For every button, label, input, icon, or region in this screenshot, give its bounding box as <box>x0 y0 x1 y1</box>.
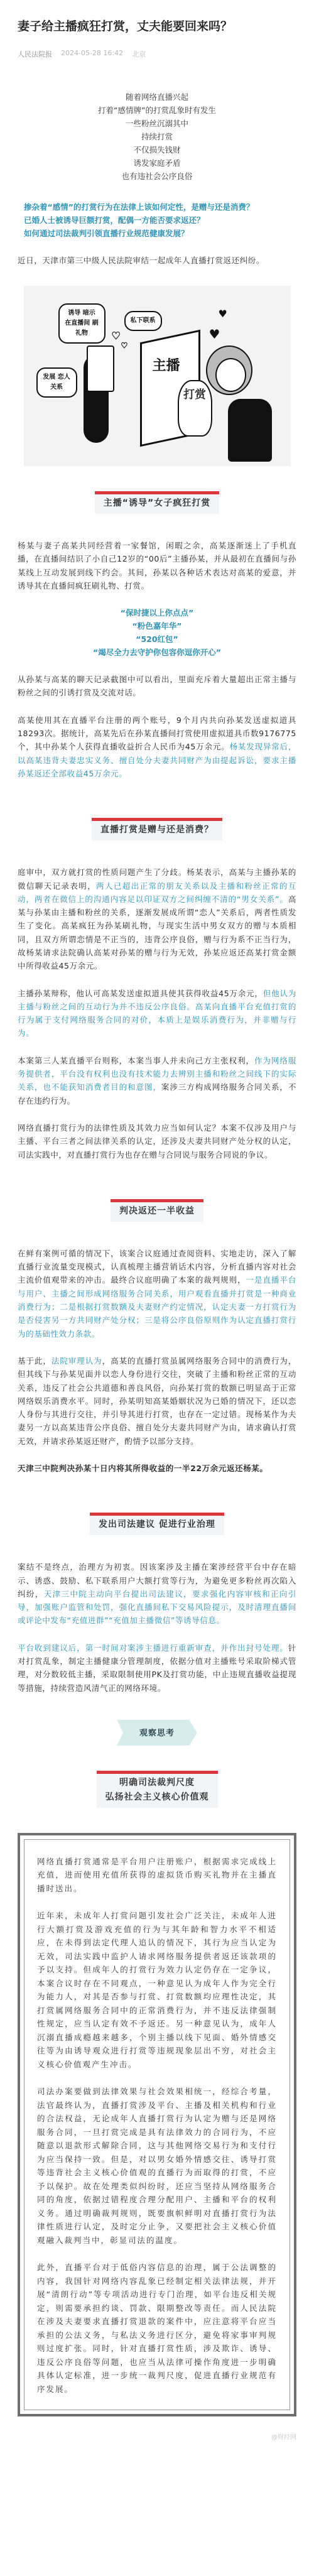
heart-outline-icon: ♥ <box>112 330 121 342</box>
section-heading: 主播“诱导”女子疯狂打赏 <box>95 491 219 514</box>
section-heading-text: 发出司法建议 促进行业治理 <box>90 1516 224 1535</box>
paragraph: 本案第三人某直播平台则称，本案当事人并未向己方主张权利，作为网络服务提供者，平台… <box>18 1054 296 1107</box>
section-heading: 直播打赏是赠与还是消费？ <box>92 818 222 840</box>
highlight-text: 法院审理认为 <box>51 1356 102 1366</box>
article-meta: 人民法院报 2024-05-28 16:42 北京 <box>18 49 296 59</box>
money-bag-graphic: 打赏 <box>178 380 212 437</box>
cartoon-illustration: 诱导 暗示 在直播间 刷礼物 私下联系 发展 恋人关系 主播 打赏 ♥ ♥ ♥ … <box>24 286 291 466</box>
weibo-watermark: @财经网 <box>18 2432 296 2441</box>
section-heading-text: 明确司法裁判尺度 <box>97 1774 218 1790</box>
commentary-frame: 网络直播打赏通常是平台用户注册账户，根据需求完成线上充值，进而使用充值所获得的虚… <box>18 1833 296 2417</box>
paragraph: 高某使用其在直播平台注册的两个账号，9个月内共向孙某发送虚拟道具18293次。据… <box>18 714 296 780</box>
monitor-label: 主播 <box>153 355 180 374</box>
article-page: 妻子给主播疯狂打赏，丈夫能要回来吗？ 人民法院报 2024-05-28 16:4… <box>0 0 314 2460</box>
heart-icon: ♥ <box>209 327 220 342</box>
intro-line: 打着“感情牌”的打赏乱象时有发生 <box>18 104 296 117</box>
question: 如何通过司法裁判引领直播行业规范健康发展？ <box>24 227 296 240</box>
question: 已婚人士被诱导巨额打赏，配偶一方能否要求返还？ <box>24 214 296 227</box>
article-location: 北京 <box>132 49 146 59</box>
section-heading: 判决返还一半收益 <box>111 1199 203 1222</box>
intro-line: 随着网络直播兴起 <box>18 90 296 104</box>
article-title: 妻子给主播疯狂打赏，丈夫能要回来吗？ <box>18 0 296 35</box>
section-heading-text: 主播“诱导”女子疯狂打赏 <box>95 494 219 514</box>
lead-paragraph: 近日，天津市第三中级人民法院审结一起成年人直播打赏返还纠纷。 <box>18 254 296 267</box>
paragraph: 从孙某与高某的聊天记录截图中可以看出，里面充斥着大量超出正常主播与粉丝之间的引诱… <box>18 673 296 700</box>
speech-bubble: 私下联系 <box>124 311 162 331</box>
quote: “竭尽全力去守护你包容你逗你开心” <box>18 646 296 659</box>
text: 本案第三人某直播平台则称，本案当事人并未向己方主张权利， <box>18 1056 254 1065</box>
text: 基于此， <box>18 1356 51 1366</box>
commentary-frame-inner: 网络直播打赏通常是平台用户注册账户，根据需求完成线上充值，进而使用充值所获得的虚… <box>24 1839 290 2411</box>
heart-icon: ♥ <box>219 308 227 320</box>
article-source[interactable]: 人民法院报 <box>18 49 52 59</box>
intro-line: 也有违社会公序良俗 <box>18 170 296 183</box>
quote: “保时捷以上你点点” <box>18 606 296 619</box>
section-heading-text: 直播打赏是赠与还是消费？ <box>92 821 222 840</box>
speech-bubble: 诱导 暗示 在直播间 刷礼物 <box>58 303 106 344</box>
highlight-text: 平台收到建议后，第一时间对案涉主播进行重新审查，并作出封号处理。 <box>18 1643 288 1653</box>
streamer-quotes: “保时捷以上你点点” “粉色嘉年华” “520红包” “竭尽全力去守护你包容你逗… <box>18 606 296 659</box>
question: 掺杂着“感情”的打赏行为在法律上该如何定性，是赠与还是消费？ <box>24 200 296 214</box>
section-heading-text: 判决返还一半收益 <box>111 1202 203 1222</box>
paragraph: 基于此，法院审理认为，高某的直播打赏虽属网络服务合同中的消费行为，但其线下与孙某… <box>18 1354 296 1448</box>
intro-line: 持续打赏 <box>18 130 296 143</box>
intro-line: 不仅损失钱财 <box>18 143 296 156</box>
section-heading: 明确司法裁判尺度 弘扬社会主义核心价值观 <box>97 1771 218 1808</box>
quote: “520红包” <box>18 633 296 646</box>
paragraph: 平台收到建议后，第一时间对案涉主播进行重新审查，并作出封号处理。针对打赏乱象，制… <box>18 1641 296 1695</box>
observation-badge: 观察思考 <box>117 1720 197 1746</box>
section-heading-text: 弘扬社会主义核心价值观 <box>97 1790 218 1808</box>
intro-lines: 随着网络直播兴起 打着“感情牌”的打赏乱象时有发生 一些粉丝沉溺其中 持续打赏 … <box>18 90 296 183</box>
commentary-paragraph: 司法办案要做到法律效果与社会效果相统一，经综合考量，法官最终认为，直播打赏涉及平… <box>37 2085 277 2247</box>
paragraph: 案结不是终点，治理方为初衷。因该案涉及主播在案涉经营平台中存在暗示、诱惑、鼓励、… <box>18 1560 296 1627</box>
section-heading: 发出司法建议 促进行业治理 <box>90 1513 224 1535</box>
key-questions: 掺杂着“感情”的打赏行为在法律上该如何定性，是赠与还是消费？ 已婚人士被诱导巨额… <box>18 200 296 240</box>
paragraph: 杨某与妻子高某共同经营着一家餐馆，闲暇之余，高某逐渐迷上了手机直播，在直播间结识… <box>18 539 296 592</box>
commentary-paragraph: 此外，直播平台对于低俗内容信息的治理，属于公法调整的内容，我国针对网络内容乱象已… <box>37 2261 277 2396</box>
heart-outline-icon: ♥ <box>121 341 128 350</box>
intro-line: 一些粉丝沉溺其中 <box>18 117 296 130</box>
observation-badge-wrap: 观察思考 <box>18 1720 296 1746</box>
commentary-paragraph: 网络直播打赏通常是平台用户注册账户，根据需求完成线上充值，进而使用充值所获得的虚… <box>37 1855 277 1896</box>
text: 主播孙某辩称，他认可高某发送虚拟道具使其获得收益45万余元， <box>18 989 263 998</box>
quote: “粉色嘉年华” <box>18 619 296 633</box>
text: 高某与孙某由主播和粉丝的关系，逐渐发展成所谓“恋人”关系后，两者性质发生了变化。… <box>18 894 296 970</box>
highlight-text: 一是直播平台与用户、主播之间形成网络服务合同关系，用户观看直播并打赏是一种商业消… <box>18 1275 296 1338</box>
paragraph: 在鲜有案例可循的情况下，该案合议庭通过查阅资料、实地走访，深入了解直播行业流量变… <box>18 1247 296 1340</box>
article-date: 2024-05-28 16:42 <box>61 49 123 59</box>
speech-bubble: 发展 恋人关系 <box>36 367 77 398</box>
text: ，高某的直播打赏虽属网络服务合同中的消费行为，但其线下与孙某见面并以恋人身份进行… <box>18 1356 296 1446</box>
phone-graphic <box>87 345 114 392</box>
highlight-text: 天津三中院主动向平台提出司法建议，要求强化内容审核和正向引导，加强账户监管和处罚… <box>18 1589 296 1626</box>
woman-face-graphic <box>215 358 246 392</box>
verdict-paragraph: 天津三中院判决孙某十日内将其所得收益的一半22万余元返还杨某。 <box>18 1462 296 1475</box>
paragraph: 网络直播打赏行为的法律性质及其效力应当如何认定？本案不仅涉及用户与主播、平台三者… <box>18 1121 296 1161</box>
intro-line: 诱发家庭矛盾 <box>18 156 296 170</box>
chair-graphic <box>228 399 272 462</box>
commentary-paragraph: 近年来，未成年人打赏问题引发社会广泛关注，未成年人进行大额打赏及游戏充值的行为与… <box>37 1909 277 2071</box>
paragraph: 庭审中，双方就打赏的性质问题产生了分歧。杨某表示，高某与主播孙某的微信聊天记录表… <box>18 866 296 972</box>
paragraph: 主播孙某辩称，他认可高某发送虚拟道具使其获得收益45万余元，但他认为主播与粉丝之… <box>18 987 296 1040</box>
